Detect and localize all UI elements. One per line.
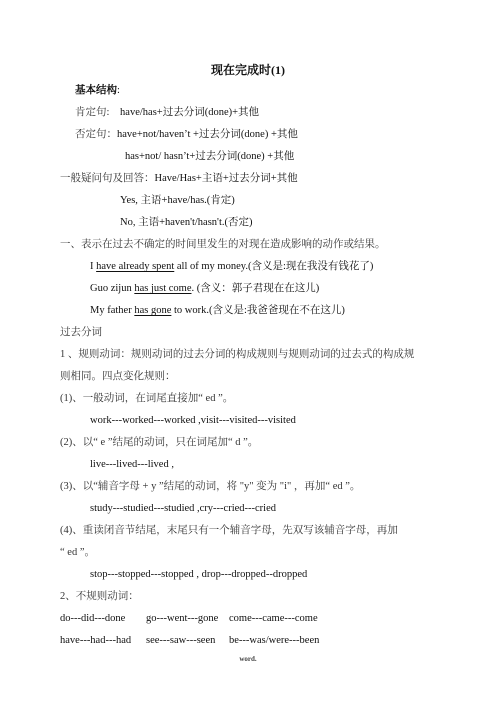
affirmative-label: 肯定句: [75,107,109,118]
rule-3-example: study---studied---studied ,cry---cried--… [90,502,276,515]
page-footer: word. [0,655,496,663]
example-post: all of my money.(含义是:现在我没有钱花了) [174,261,373,272]
example-pre: My father [90,305,134,316]
rule-4-example: stop---stopped---stopped , drop---droppe… [90,568,307,581]
rule-4-cont: “ ed ”。 [60,546,95,559]
usage-point-1: 一、表示在过去不确定的时间里发生的对现在造成影响的动作或结果。 [60,238,386,251]
irregular-heading: 2、不规则动词： [60,590,139,603]
irregular-cell: see---saw---seen [146,634,229,647]
example-underlined: have already spent [96,261,174,272]
question-formula: Have/Has+主语+过去分词+其他 [155,173,298,184]
negative-line-1: 否定句：have+not/haven’t +过去分词(done) +其他 [75,128,298,141]
section-heading: 基本结构 [75,85,117,96]
question-line: 一般疑问句及回答：Have/Has+主语+过去分词+其他 [60,172,298,185]
section-heading-line: 基本结构: [75,84,120,97]
example-sentence-1: I have already spent all of my money.(含义… [90,260,373,273]
negative-label: 否定句： [75,129,117,140]
negative-formula-1: have+not/haven’t +过去分词(done) +其他 [117,129,298,140]
irregular-cell: have---had---had [60,634,146,647]
example-underlined: has just come [134,283,191,294]
affirmative-formula: have/has+过去分词(done)+其他 [120,107,259,118]
example-sentence-3: My father has gone to work.(含义是:我爸爸现在不在这… [90,304,345,317]
example-sentence-2: Guo zijun has just come. (含义：郭子君现在在这儿) [90,282,319,295]
rule-1: (1)、一般动词，在词尾直接加“ ed ”。 [60,392,233,405]
example-pre: Guo zijun [90,283,134,294]
regular-intro-1: 1 、规则动词：规则动词的过去分词的构成规则与规则动词的过去式的构成规 [60,348,414,361]
irregular-row-2: have---had---hadsee---saw---seenbe---was… [60,634,319,647]
regular-intro-2: 则相同。四点变化规则： [60,370,176,383]
rule-1-example: work---worked---worked ,visit---visited-… [90,414,296,427]
answer-yes: Yes, 主语+have/has.(肯定) [120,194,235,207]
question-label: 一般疑问句及回答： [60,173,155,184]
example-post: to work.(含义是:我爸爸现在不在这儿) [171,305,345,316]
irregular-cell: come---came---come [229,612,318,625]
irregular-cell: do---did---done [60,612,146,625]
example-post: . (含义：郭子君现在在这儿) [191,283,319,294]
rule-2: (2)、以“ e ”结尾的动词，只在词尾加“ d ”。 [60,436,258,449]
section-heading-colon: : [117,85,120,96]
rule-2-example: live---lived---lived , [90,458,174,471]
negative-formula-2: has+not/ hasn’t+过去分词(done) +其他 [125,150,294,163]
answer-no: No, 主语+haven't/hasn't.(否定) [120,216,252,229]
past-participle-heading: 过去分词 [60,326,102,339]
irregular-row-1: do---did---donego---went---gonecome---ca… [60,612,318,625]
example-underlined: has gone [134,305,171,316]
irregular-cell: go---went---gone [146,612,229,625]
rule-4: (4)、重读闭音节结尾，末尾只有一个辅音字母，先双写该辅音字母，再加 [60,524,398,537]
rule-3: (3)、以“辅音字母 + y ”结尾的动词，将 "y" 变为 "i" ，再加“ … [60,480,360,493]
affirmative-line: 肯定句: have/has+过去分词(done)+其他 [75,106,259,119]
document-title: 现在完成时(1) [0,61,496,78]
irregular-cell: be---was/were---been [229,634,319,647]
